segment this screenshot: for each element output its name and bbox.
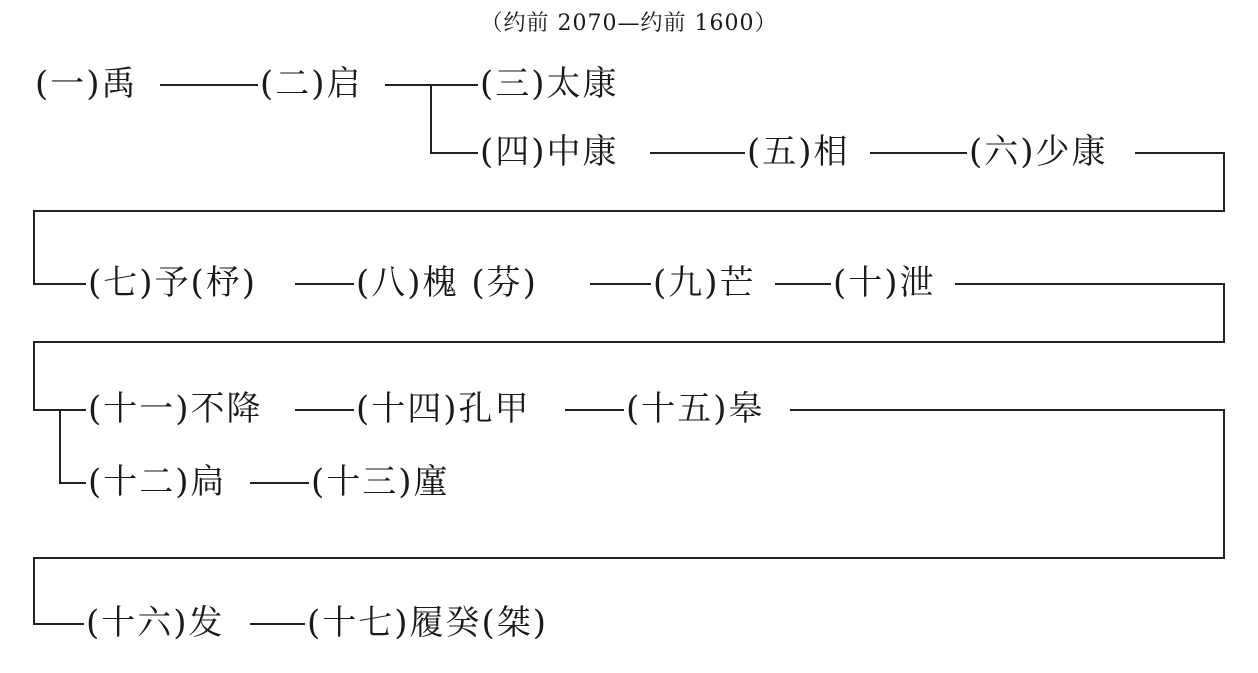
node-fa: (十六)发 bbox=[84, 603, 227, 643]
node-mang: (九)芒 bbox=[651, 263, 758, 303]
edge-6-out bbox=[1135, 152, 1225, 154]
node-huai: (八)槐 (芬) bbox=[354, 263, 540, 303]
edge-15-out bbox=[790, 409, 1225, 411]
edge-10-11 bbox=[33, 409, 90, 411]
edge-2-3 bbox=[385, 84, 480, 86]
edge-6-7 bbox=[33, 283, 90, 285]
edge-11-14 bbox=[295, 409, 360, 411]
node-gao: (十五)皋 bbox=[624, 389, 767, 429]
node-zhongkang: (四)中康 bbox=[478, 132, 621, 172]
edge-10-out bbox=[955, 283, 1225, 285]
node-bujiang: (十一)不降 bbox=[86, 389, 265, 429]
wrap-across-1 bbox=[33, 210, 1225, 212]
node-jiong: (十二)扃 bbox=[86, 462, 229, 502]
edge-12-13 bbox=[250, 482, 315, 484]
wrap-right-3 bbox=[1223, 409, 1225, 558]
node-taikang: (三)太康 bbox=[478, 64, 621, 104]
node-yu: (一)禹 bbox=[33, 64, 140, 104]
node-jin: (十三)廑 bbox=[309, 462, 452, 502]
wrap-across-2 bbox=[33, 341, 1225, 343]
node-lugui-jie: (十七)履癸(桀) bbox=[305, 603, 550, 643]
node-xie: (十)泄 bbox=[831, 263, 938, 303]
node-kongjia: (十四)孔甲 bbox=[354, 389, 533, 429]
edge-2-4 bbox=[430, 152, 480, 154]
wrap-left-1 bbox=[33, 210, 35, 284]
edge-16-17 bbox=[250, 623, 310, 625]
wrap-right-1 bbox=[1223, 152, 1225, 211]
edge-8-9 bbox=[590, 283, 655, 285]
node-shaokang: (六)少康 bbox=[967, 132, 1110, 172]
wrap-across-3 bbox=[33, 557, 1225, 559]
edge-15-16 bbox=[33, 623, 88, 625]
wrap-right-2 bbox=[1223, 283, 1225, 342]
wrap-left-3 bbox=[33, 557, 35, 624]
edge-9-10 bbox=[775, 283, 835, 285]
edge-2-branch bbox=[430, 84, 432, 153]
edge-7-8 bbox=[295, 283, 360, 285]
edge-10-branch bbox=[59, 409, 61, 483]
wrap-left-2 bbox=[33, 341, 35, 410]
node-qi: (二)启 bbox=[258, 64, 365, 104]
edge-1-2 bbox=[160, 84, 260, 86]
edge-14-15 bbox=[565, 409, 630, 411]
node-xiang: (五)相 bbox=[745, 132, 852, 172]
node-zhu: (七)予(杼) bbox=[86, 263, 259, 303]
edge-5-6 bbox=[870, 152, 970, 154]
subtitle: （约前 2070—约前 1600） bbox=[0, 6, 1258, 37]
edge-4-5 bbox=[650, 152, 750, 154]
